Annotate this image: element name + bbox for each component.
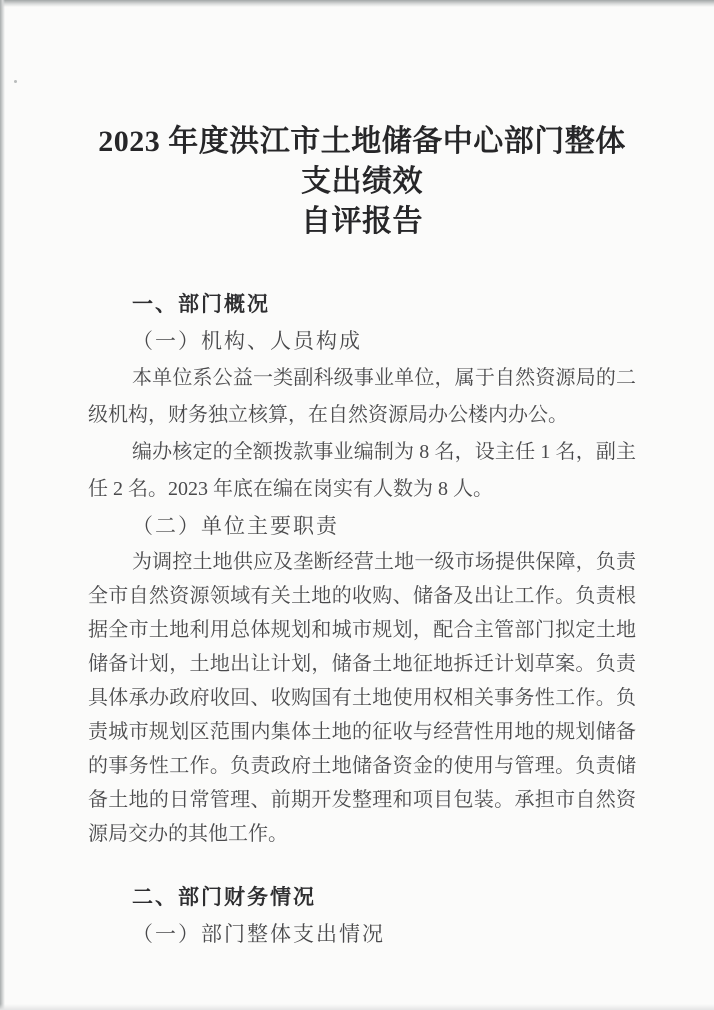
subsection-heading-org-personnel: （一）机构、人员构成 — [88, 323, 636, 360]
section-heading-department-overview: 一、部门概况 — [88, 286, 636, 323]
paragraph-staffing: 编办核定的全额拨款事业编制为 8 名，设主任 1 名，副主任 2 名。2023 … — [88, 434, 636, 508]
document-body: 2023 年度洪江市土地储备中心部门整体支出绩效 自评报告 一、部门概况 （一）… — [88, 0, 636, 953]
paragraph-duties: 为调控土地供应及垄断经营土地一级市场提供保障，负责全市自然资源领域有关土地的收购… — [88, 545, 636, 851]
document-title: 2023 年度洪江市土地储备中心部门整体支出绩效 自评报告 — [88, 122, 636, 242]
document-title-line1: 2023 年度洪江市土地储备中心部门整体支出绩效 — [88, 122, 636, 202]
paragraph-unit-nature: 本单位系公益一类副科级事业单位，属于自然资源局的二级机构，财务独立核算，在自然资… — [88, 360, 636, 434]
subsection-heading-main-duties: （二）单位主要职责 — [88, 508, 636, 545]
scanned-document-page: 2023 年度洪江市土地储备中心部门整体支出绩效 自评报告 一、部门概况 （一）… — [0, 0, 714, 1010]
section-heading-department-finance: 二、部门财务情况 — [88, 879, 636, 916]
document-title-line2: 自评报告 — [88, 202, 636, 242]
scan-speck — [14, 80, 17, 83]
scan-edge-left-shadow — [0, 0, 5, 1010]
scan-edge-bottom-shadow — [0, 1004, 714, 1010]
subsection-heading-overall-expenditure: （一）部门整体支出情况 — [88, 916, 636, 953]
